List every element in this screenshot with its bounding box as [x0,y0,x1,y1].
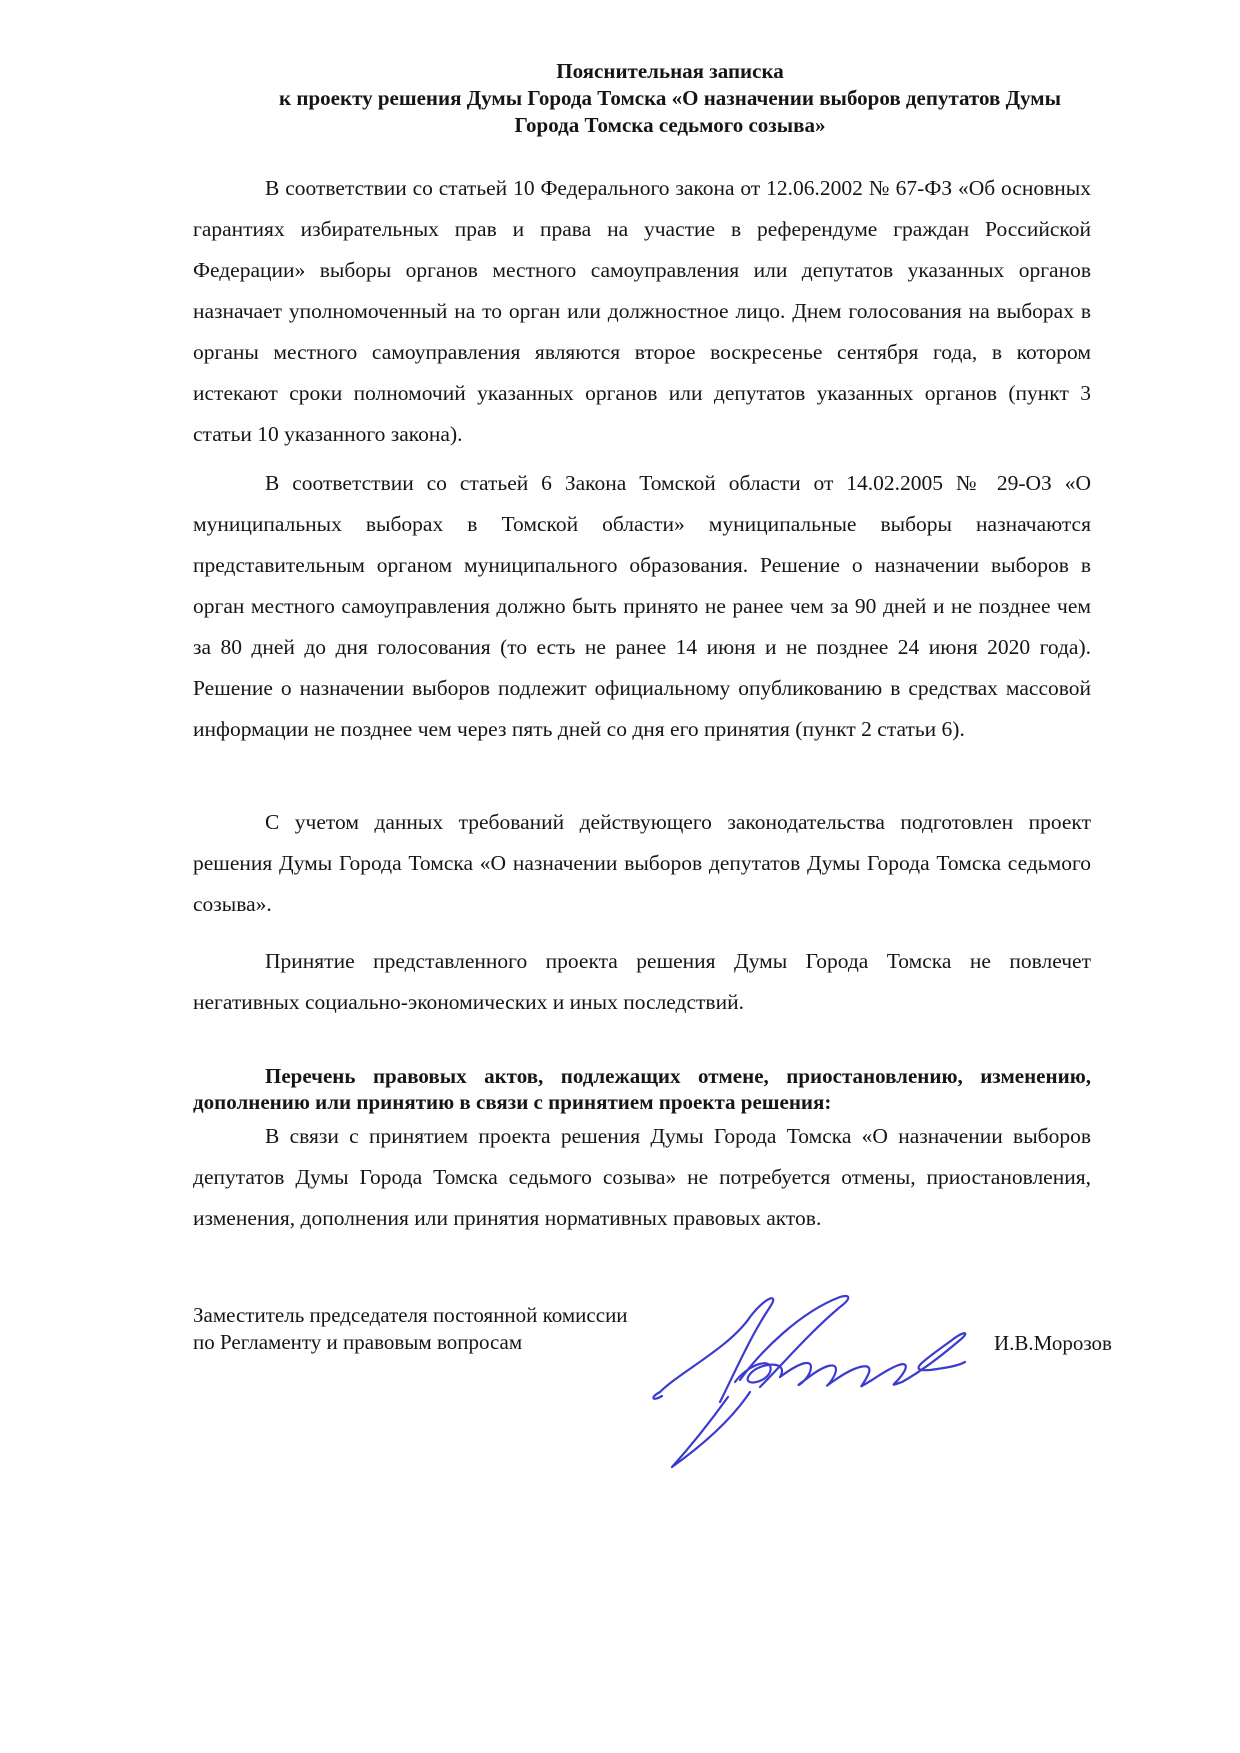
paragraph-no-consequences: Принятие представленного проекта решения… [193,941,1091,1023]
title-line-2: к проекту решения Думы Города Томска «О … [240,85,1100,112]
signatory-position: Заместитель председателя постоянной коми… [193,1302,713,1356]
signatory-position-line-1: Заместитель председателя постоянной коми… [193,1302,713,1329]
document-page: Пояснительная записка к проекту решения … [0,0,1240,1753]
paragraph-text: В соответствии со статьей 10 Федеральног… [193,168,1091,455]
paragraph-text: Принятие представленного проекта решения… [193,941,1091,1023]
paragraph-regional-law: В соответствии со статьей 6 Закона Томск… [193,463,1091,750]
title-line-3: Города Томска седьмого созыва» [240,112,1100,139]
handwritten-signature [640,1262,1000,1482]
signatory-position-line-2: по Регламенту и правовым вопросам [193,1329,713,1356]
paragraph-federal-law: В соответствии со статьей 10 Федеральног… [193,168,1091,455]
legal-acts-subheading: Перечень правовых актов, подлежащих отме… [193,1063,1091,1115]
paragraph-draft-prepared: С учетом данных требований действующего … [193,802,1091,925]
paragraph-legal-acts: В связи с принятием проекта решения Думы… [193,1116,1091,1239]
paragraph-text: В соответствии со статьей 6 Закона Томск… [193,463,1091,750]
paragraph-text: С учетом данных требований действующего … [193,802,1091,925]
document-title: Пояснительная записка к проекту решения … [240,58,1100,139]
title-line-1: Пояснительная записка [240,58,1100,85]
paragraph-text: В связи с принятием проекта решения Думы… [193,1116,1091,1239]
signatory-name: И.В.Морозов [994,1330,1112,1357]
